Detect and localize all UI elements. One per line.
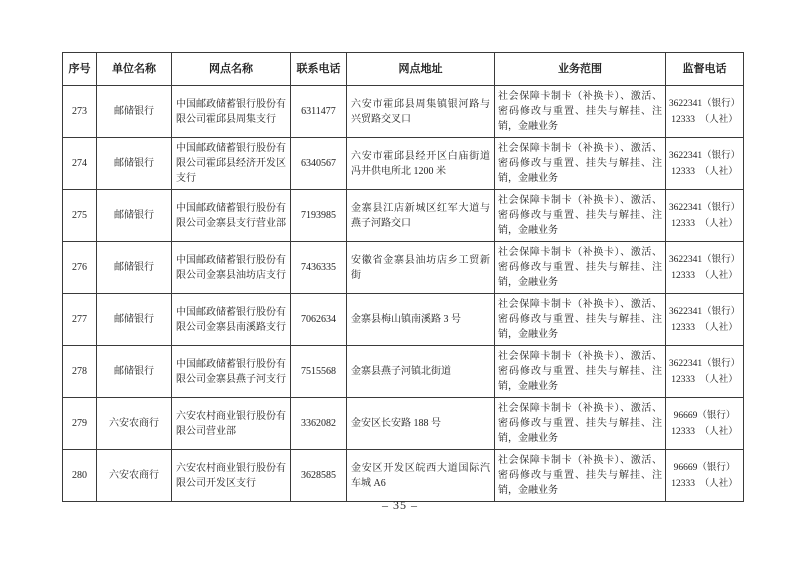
supervision-bank-line: 3622341（银行） xyxy=(667,200,742,216)
cell-scope: 社会保障卡制卡（补换卡）、激活、密码修改与重置、挂失与解挂、注销，金融业务 xyxy=(495,398,666,450)
cell-phone: 3628585 xyxy=(291,450,347,502)
cell-branch: 中国邮政储蓄银行股份有限公司金寨县油坊店支行 xyxy=(172,242,291,294)
cell-no: 278 xyxy=(63,346,97,398)
cell-supervision: 96669（银行） 12333 （人社） xyxy=(666,450,744,502)
cell-phone: 7062634 xyxy=(291,294,347,346)
col-header-phone: 联系电话 xyxy=(291,53,347,86)
cell-address: 金安区长安路 188 号 xyxy=(347,398,495,450)
cell-supervision: 96669（银行） 12333 （人社） xyxy=(666,398,744,450)
cell-supervision: 3622341（银行） 12333 （人社） xyxy=(666,86,744,138)
cell-supervision: 3622341（银行） 12333 （人社） xyxy=(666,346,744,398)
cell-no: 279 xyxy=(63,398,97,450)
cell-unit: 邮储银行 xyxy=(97,242,172,294)
cell-branch: 六安农村商业银行股份有限公司开发区支行 xyxy=(172,450,291,502)
cell-address: 金寨县燕子河镇北街道 xyxy=(347,346,495,398)
supervision-social-line: 12333 （人社） xyxy=(667,112,742,128)
cell-unit: 六安农商行 xyxy=(97,398,172,450)
table-row: 279 六安农商行 六安农村商业银行股份有限公司营业部 3362082 金安区长… xyxy=(63,398,744,450)
col-header-unit: 单位名称 xyxy=(97,53,172,86)
col-header-no: 序号 xyxy=(63,53,97,86)
cell-no: 276 xyxy=(63,242,97,294)
table-row: 273 邮储银行 中国邮政储蓄银行股份有限公司霍邱县周集支行 6311477 六… xyxy=(63,86,744,138)
cell-address: 金安区开发区皖西大道国际汽车城 A6 xyxy=(347,450,495,502)
col-header-scope: 业务范围 xyxy=(495,53,666,86)
supervision-social-line: 12333 （人社） xyxy=(667,424,742,440)
cell-address: 安徽省金寨县油坊店乡工贸新街 xyxy=(347,242,495,294)
cell-phone: 7515568 xyxy=(291,346,347,398)
cell-branch: 中国邮政储蓄银行股份有限公司金寨县燕子河支行 xyxy=(172,346,291,398)
cell-branch: 中国邮政储蓄银行股份有限公司霍邱县周集支行 xyxy=(172,86,291,138)
supervision-social-line: 12333 （人社） xyxy=(667,476,742,492)
supervision-bank-line: 3622341（银行） xyxy=(667,304,742,320)
cell-supervision: 3622341（银行） 12333 （人社） xyxy=(666,190,744,242)
table-row: 274 邮储银行 中国邮政储蓄银行股份有限公司霍邱县经济开发区支行 634056… xyxy=(63,138,744,190)
table-row: 278 邮储银行 中国邮政储蓄银行股份有限公司金寨县燕子河支行 7515568 … xyxy=(63,346,744,398)
document-page: 序号 单位名称 网点名称 联系电话 网点地址 业务范围 监督电话 273 邮储银… xyxy=(0,0,800,565)
cell-address: 六安市霍邱县周集镇银河路与兴贸路交叉口 xyxy=(347,86,495,138)
cell-unit: 邮储银行 xyxy=(97,86,172,138)
cell-unit: 邮储银行 xyxy=(97,294,172,346)
cell-scope: 社会保障卡制卡（补换卡）、激活、密码修改与重置、挂失与解挂、注销，金融业务 xyxy=(495,346,666,398)
supervision-bank-line: 96669（银行） xyxy=(667,408,742,424)
cell-phone: 7193985 xyxy=(291,190,347,242)
supervision-social-line: 12333 （人社） xyxy=(667,216,742,232)
cell-no: 275 xyxy=(63,190,97,242)
table-row: 280 六安农商行 六安农村商业银行股份有限公司开发区支行 3628585 金安… xyxy=(63,450,744,502)
supervision-bank-line: 3622341（银行） xyxy=(667,96,742,112)
supervision-social-line: 12333 （人社） xyxy=(667,320,742,336)
cell-phone: 6311477 xyxy=(291,86,347,138)
col-header-address: 网点地址 xyxy=(347,53,495,86)
supervision-bank-line: 96669（银行） xyxy=(667,460,742,476)
cell-supervision: 3622341（银行） 12333 （人社） xyxy=(666,242,744,294)
cell-scope: 社会保障卡制卡（补换卡）、激活、密码修改与重置、挂失与解挂、注销，金融业务 xyxy=(495,242,666,294)
cell-no: 280 xyxy=(63,450,97,502)
cell-phone: 7436335 xyxy=(291,242,347,294)
cell-supervision: 3622341（银行） 12333 （人社） xyxy=(666,138,744,190)
table-row: 275 邮储银行 中国邮政储蓄银行股份有限公司金寨县支行营业部 7193985 … xyxy=(63,190,744,242)
cell-no: 277 xyxy=(63,294,97,346)
cell-branch: 中国邮政储蓄银行股份有限公司霍邱县经济开发区支行 xyxy=(172,138,291,190)
cell-scope: 社会保障卡制卡（补换卡）、激活、密码修改与重置、挂失与解挂、注销，金融业务 xyxy=(495,86,666,138)
bank-branches-table: 序号 单位名称 网点名称 联系电话 网点地址 业务范围 监督电话 273 邮储银… xyxy=(62,52,744,502)
cell-phone: 3362082 xyxy=(291,398,347,450)
supervision-bank-line: 3622341（银行） xyxy=(667,356,742,372)
col-header-branch: 网点名称 xyxy=(172,53,291,86)
supervision-bank-line: 3622341（银行） xyxy=(667,252,742,268)
table-row: 277 邮储银行 中国邮政储蓄银行股份有限公司金寨县南溪路支行 7062634 … xyxy=(63,294,744,346)
cell-address: 金寨县梅山镇南溪路 3 号 xyxy=(347,294,495,346)
cell-unit: 邮储银行 xyxy=(97,138,172,190)
cell-unit: 邮储银行 xyxy=(97,190,172,242)
cell-unit: 六安农商行 xyxy=(97,450,172,502)
cell-phone: 6340567 xyxy=(291,138,347,190)
col-header-supervision: 监督电话 xyxy=(666,53,744,86)
cell-no: 273 xyxy=(63,86,97,138)
cell-branch: 中国邮政储蓄银行股份有限公司金寨县南溪路支行 xyxy=(172,294,291,346)
page-number: – 35 – xyxy=(0,498,800,513)
supervision-bank-line: 3622341（银行） xyxy=(667,148,742,164)
cell-branch: 中国邮政储蓄银行股份有限公司金寨县支行营业部 xyxy=(172,190,291,242)
cell-scope: 社会保障卡制卡（补换卡）、激活、密码修改与重置、挂失与解挂、注销，金融业务 xyxy=(495,138,666,190)
cell-address: 金寨县江店新城区红军大道与燕子河路交口 xyxy=(347,190,495,242)
cell-scope: 社会保障卡制卡（补换卡）、激活、密码修改与重置、挂失与解挂、注销，金融业务 xyxy=(495,190,666,242)
cell-address: 六安市霍邱县经开区白庙街道冯井供电所北 1200 米 xyxy=(347,138,495,190)
cell-no: 274 xyxy=(63,138,97,190)
cell-branch: 六安农村商业银行股份有限公司营业部 xyxy=(172,398,291,450)
header-row: 序号 单位名称 网点名称 联系电话 网点地址 业务范围 监督电话 xyxy=(63,53,744,86)
cell-supervision: 3622341（银行） 12333 （人社） xyxy=(666,294,744,346)
supervision-social-line: 12333 （人社） xyxy=(667,164,742,180)
cell-scope: 社会保障卡制卡（补换卡）、激活、密码修改与重置、挂失与解挂、注销，金融业务 xyxy=(495,450,666,502)
supervision-social-line: 12333 （人社） xyxy=(667,268,742,284)
table-row: 276 邮储银行 中国邮政储蓄银行股份有限公司金寨县油坊店支行 7436335 … xyxy=(63,242,744,294)
cell-scope: 社会保障卡制卡（补换卡）、激活、密码修改与重置、挂失与解挂、注销，金融业务 xyxy=(495,294,666,346)
cell-unit: 邮储银行 xyxy=(97,346,172,398)
supervision-social-line: 12333 （人社） xyxy=(667,372,742,388)
